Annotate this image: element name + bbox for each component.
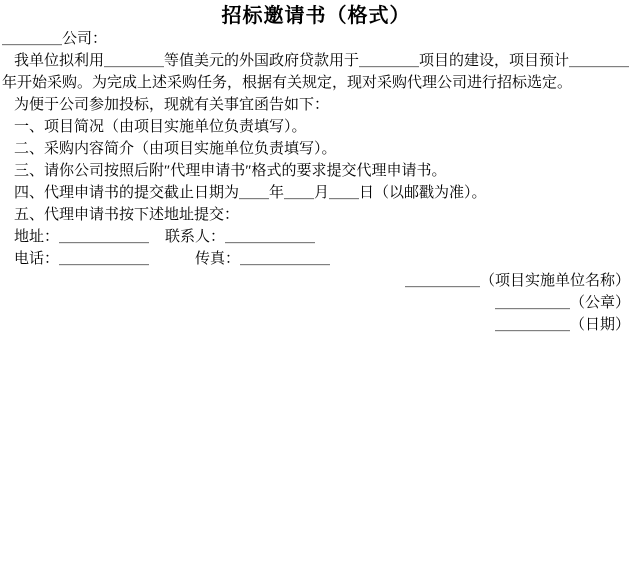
signature-seal-line: ＿＿＿＿＿（公章） — [2, 292, 630, 314]
page-title: 招标邀请书（格式） — [2, 4, 630, 28]
signature-unit-caption: （项目实施单位名称） — [480, 273, 630, 289]
contact-person-blank: ＿＿＿＿＿＿ — [225, 229, 315, 245]
signature-unit-blank: ＿＿＿＿＿ — [405, 273, 480, 289]
phone-label: 电话： — [14, 251, 59, 267]
signature-date-blank: ＿＿＿＿＿ — [495, 317, 570, 333]
signature-seal-caption: （公章） — [570, 295, 630, 311]
signature-date-line: ＿＿＿＿＿（日期） — [2, 314, 630, 336]
fax-blank: ＿＿＿＿＿＿ — [240, 251, 330, 267]
notice-paragraph: 为便于公司参加投标，现就有关事宜函告如下： — [2, 94, 630, 116]
address-line: 地址：＿＿＿＿＿＿联系人：＿＿＿＿＿＿ — [2, 226, 630, 248]
signature-seal-blank: ＿＿＿＿＿ — [495, 295, 570, 311]
document-page: 招标邀请书（格式） ＿＿＿＿公司： 我单位拟利用＿＿＿＿等值美元的外国政府贷款用… — [0, 4, 630, 336]
list-item-5: 五、代理申请书按下述地址提交： — [2, 204, 630, 226]
list-item-1: 一、项目简况（由项目实施单位负责填写）。 — [2, 116, 630, 138]
contact-person-label: 联系人： — [165, 229, 225, 245]
intro-paragraph: 我单位拟利用＿＿＿＿等值美元的外国政府贷款用于＿＿＿＿项目的建设，项目预计＿＿＿… — [2, 50, 630, 94]
signature-unit-line: ＿＿＿＿＿（项目实施单位名称） — [2, 270, 630, 292]
list-item-4: 四、代理申请书的提交截止日期为＿＿年＿＿月＿＿日（以邮戳为准）。 — [2, 182, 630, 204]
phone-line: 电话：＿＿＿＿＿＿传真：＿＿＿＿＿＿ — [2, 248, 630, 270]
list-item-2: 二、采购内容简介（由项目实施单位负责填写）。 — [2, 138, 630, 160]
fax-label: 传真： — [195, 251, 240, 267]
address-blank: ＿＿＿＿＿＿ — [59, 229, 149, 245]
address-label: 地址： — [14, 229, 59, 245]
list-item-3: 三、请你公司按照后附″代理申请书″格式的要求提交代理申请书。 — [2, 160, 630, 182]
phone-blank: ＿＿＿＿＿＿ — [59, 251, 149, 267]
signature-date-caption: （日期） — [570, 317, 630, 333]
salutation-line: ＿＿＿＿公司： — [2, 28, 630, 50]
